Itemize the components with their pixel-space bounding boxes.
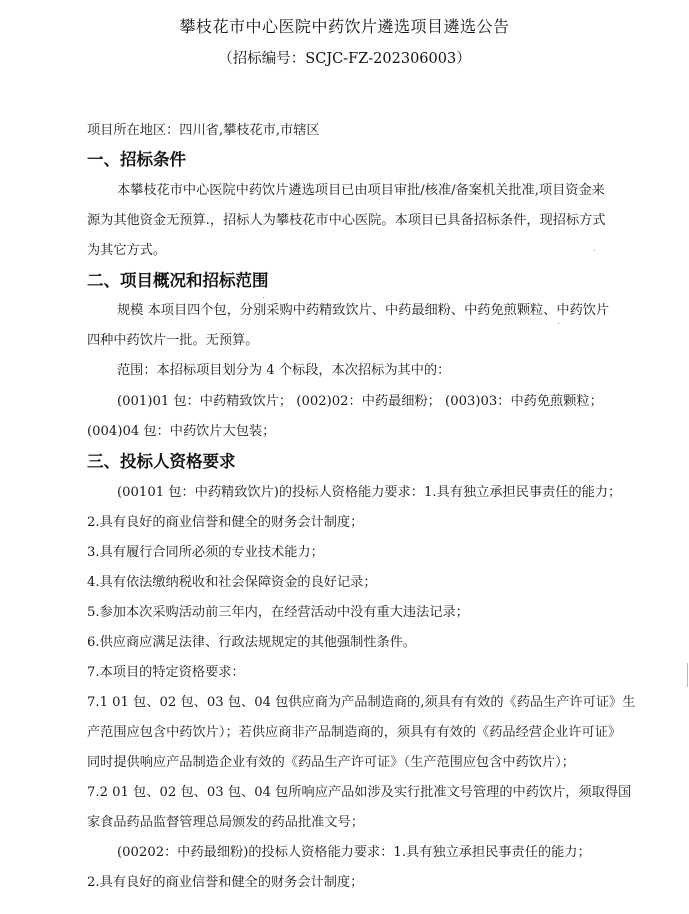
requirement-line: 7.本项目的特定资格要求： — [87, 664, 245, 682]
requirement-line: 7.1 01 包、02 包、03 包、04 包供应商为产品制造商的,须具有有效的… — [87, 694, 635, 712]
requirement-line: 7.2 01 包、02 包、03 包、04 包所响应产品如涉及实行批准文号管理的… — [87, 784, 631, 802]
tender-number: （招标编号：SCJC-FZ-202306003） — [0, 47, 689, 68]
requirement-line: 6.供应商应满足法律、行政法规规定的其他强制性条件。 — [87, 634, 416, 652]
requirement-line: 3.具有履行合同所必须的专业技术能力； — [87, 544, 324, 562]
document-title: 攀枝花市中心医院中药饮片遴选项目遴选公告 — [0, 14, 689, 37]
requirement-line: (00101 包：中药精致饮片)的投标人资格能力要求：1.具有独立承担民事责任的… — [117, 484, 621, 502]
requirement-line: 产范围应包含中药饮片）；若供应商非产品制造商的，须具有有效的《药品经营企业许可证… — [87, 724, 621, 742]
paragraph-line: 为其它方式。 — [87, 242, 166, 260]
lot-list-line: (004)04 包：中药饮片大包装； — [87, 423, 275, 441]
lot-list-line: (001)01 包：中药精致饮片； (002)02：中药最细粉； (003)03… — [117, 393, 603, 411]
requirement-line: 家食品药品监督管理总局颁发的药品批准文号； — [87, 814, 364, 832]
scan-speck — [558, 323, 559, 324]
requirement-line: 2.具有良好的商业信誉和健全的财务会计制度； — [87, 874, 363, 892]
requirement-line: 5.参加本次采购活动前三年内，在经营活动中没有重大违法记录； — [87, 604, 469, 622]
project-location: 项目所在地区：四川省,攀枝花市,市辖区 — [87, 122, 320, 140]
section-heading-tender-conditions: 一、招标条件 — [87, 150, 186, 170]
paragraph-line: 源为其他资金无预算.，招标人为攀枝花市中心医院。本项目已具备招标条件，现招标方式 — [87, 212, 606, 230]
scan-speck — [263, 297, 264, 298]
paragraph-line: 四种中药饮片一批。无预算。 — [87, 332, 258, 350]
scan-speck — [594, 250, 595, 251]
scan-edge-mark — [687, 663, 688, 687]
paragraph-line: 规模 本项目四个包，分别采购中药精致饮片、中药最细粉、中药免煎颗粒、中药饮片 — [117, 302, 609, 320]
section-heading-bidder-qualifications: 三、投标人资格要求 — [87, 452, 236, 472]
requirement-line: 4.具有依法缴纳税收和社会保障资金的良好记录； — [87, 574, 377, 592]
paragraph-line: 本攀枝花市中心医院中药饮片遴选项目已由项目审批/核准/备案机关批准,项目资金来 — [117, 182, 605, 200]
requirement-line: (00202：中药最细粉)的投标人资格能力要求：1.具有独立承担民事责任的能力； — [117, 844, 591, 862]
requirement-line: 同时提供响应产品制造企业有效的《药品生产许可证》（生产范围应包含中药饮片）； — [87, 754, 575, 772]
requirement-line: 2.具有良好的商业信誉和健全的财务会计制度； — [87, 514, 363, 532]
paragraph-line: 范围：本招标项目划分为 4 个标段，本次招标为其中的： — [117, 362, 450, 380]
section-heading-project-overview: 二、项目概况和招标范围 — [87, 271, 269, 291]
document-page: 攀枝花市中心医院中药饮片遴选项目遴选公告 （招标编号：SCJC-FZ-20230… — [0, 0, 689, 914]
